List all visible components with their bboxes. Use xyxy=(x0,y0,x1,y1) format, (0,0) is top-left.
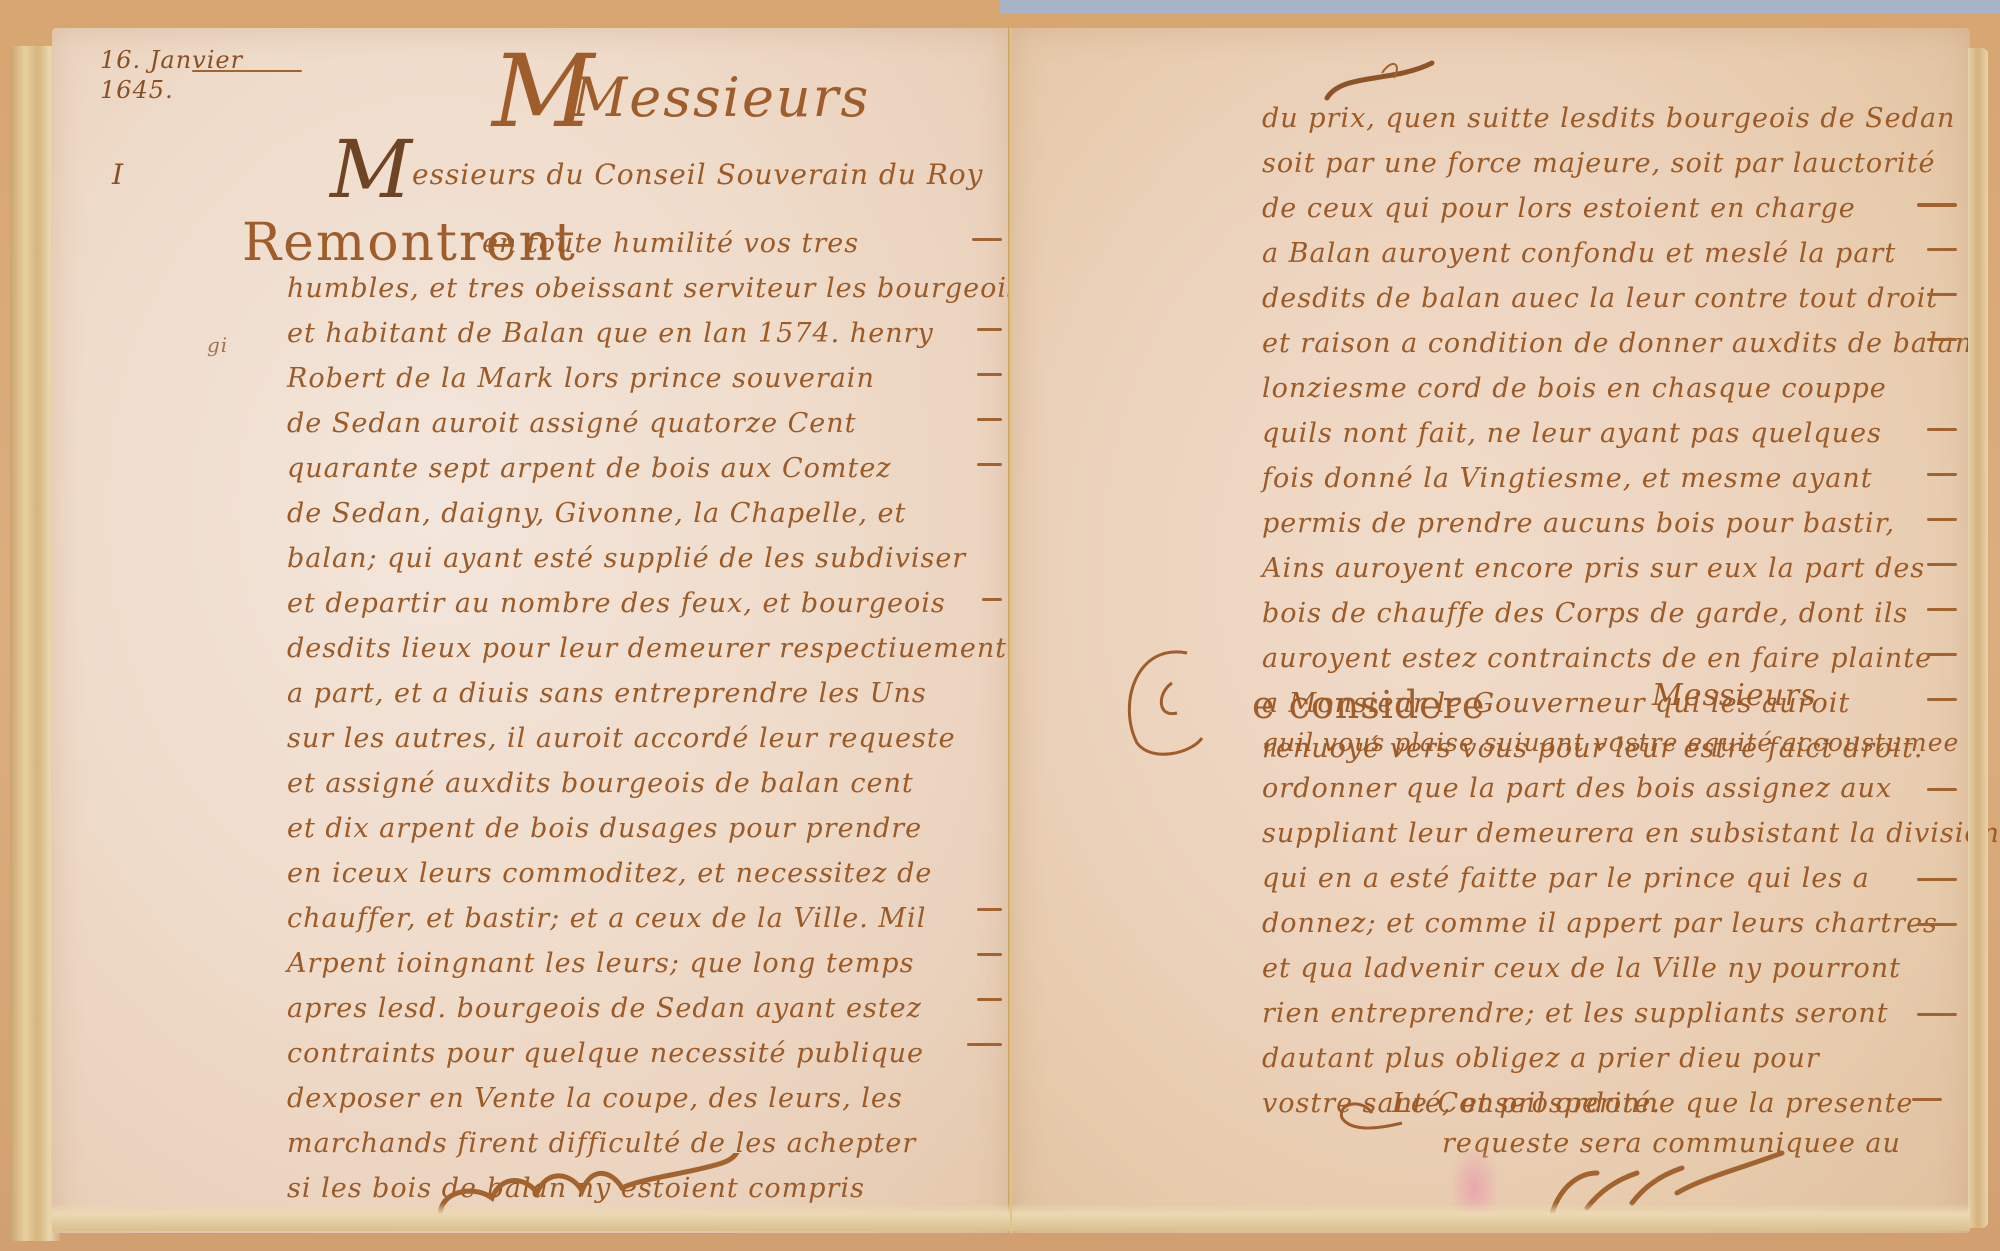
line-end-dash xyxy=(977,908,1002,911)
text-line: ordonner que la part des bois assignez a… xyxy=(1262,773,1892,804)
line-end-dash xyxy=(1927,293,1957,296)
text-line: quil vous plaise suiuant vostre equité a… xyxy=(1262,728,1959,757)
text-line: a Balan auroyent confondu et meslé la pa… xyxy=(1262,238,1896,269)
line-end-dash xyxy=(1927,338,1957,341)
line-end-dash xyxy=(977,373,1002,376)
conclusion-word: e considere xyxy=(1252,683,1485,727)
text-line: lonziesme cord de bois en chasque couppe xyxy=(1262,373,1887,404)
line-end-dash xyxy=(1927,518,1957,521)
line-end-dash xyxy=(977,998,1002,1001)
text-line: rien entreprendre; et les suppliants ser… xyxy=(1262,998,1889,1029)
text-line: desdits de balan auec la leur contre tou… xyxy=(1262,283,1938,314)
right-page: du prix, quen suitte lesdits bourgeois d… xyxy=(1012,28,1970,1233)
bottom-fold-left xyxy=(52,1203,1010,1231)
line-end-dash xyxy=(977,953,1002,956)
line-end-dash xyxy=(1927,653,1957,656)
line-end-dash xyxy=(972,238,1002,241)
line-end-dash xyxy=(977,328,1002,331)
margin-date-underline xyxy=(192,70,302,72)
text-line: et departir au nombre des feux, et bourg… xyxy=(287,588,946,619)
margin-date-year: 1645. xyxy=(100,76,174,104)
text-line: et habitant de Balan que en lan 1574. he… xyxy=(287,318,934,349)
text-line: chauffer, et bastir; et a ceux de la Vil… xyxy=(287,903,926,934)
manuscript-spread: 16. Janvier 1645. I gi M Messieurs M ess… xyxy=(10,18,1985,1246)
text-line: et assigné auxdits bourgeois de balan ce… xyxy=(287,768,914,799)
line-end-dash xyxy=(1917,1013,1957,1016)
text-line: et raison a condition de donner auxdits … xyxy=(1262,328,1973,359)
text-line: de Sedan auroit assigné quatorze Cent xyxy=(287,408,857,439)
text-line: en iceux leurs commoditez, et necessitez… xyxy=(287,858,932,889)
line-end-dash xyxy=(977,463,1002,466)
text-line: sur les autres, il auroit accordé leur r… xyxy=(287,723,956,754)
line-end-dash xyxy=(1912,1098,1942,1101)
text-line: a part, et a diuis sans entreprendre les… xyxy=(287,678,927,709)
text-line: suppliant leur demeurera en subsistant l… xyxy=(1262,818,2000,849)
text-line: permis de prendre aucuns bois pour basti… xyxy=(1262,508,1895,539)
line-end-dash xyxy=(1927,563,1957,566)
line-end-dash xyxy=(1927,608,1957,611)
decree-line: Le Conseil ordonne que la presente xyxy=(1392,1088,1913,1119)
text-line: qui en a esté faitte par le prince qui l… xyxy=(1262,863,1870,894)
scanner-edge xyxy=(1000,0,2000,14)
text-line: et dix arpent de bois dusages pour prend… xyxy=(287,813,922,844)
text-line: dautant plus obligez a prier dieu pour xyxy=(1262,1043,1820,1074)
bottom-fold-right xyxy=(1012,1203,1970,1231)
line-end-dash xyxy=(977,418,1002,421)
text-line: fois donné la Vingtiesme, et mesme ayant xyxy=(1262,463,1873,494)
line-end-dash xyxy=(1927,788,1957,791)
margin-mark-1: I xyxy=(112,158,124,191)
page-edges-right xyxy=(1968,48,1988,1228)
text-line: humbles, et tres obeissant serviteur les… xyxy=(287,273,1022,304)
line-end-dash xyxy=(967,1043,1002,1046)
line-end-dash xyxy=(1927,698,1957,701)
text-line: donnez; et comme il appert par leurs cha… xyxy=(1262,908,1938,939)
text-line: Robert de la Mark lors prince souverain xyxy=(287,363,875,394)
text-line: soit par une force majeure, soit par lau… xyxy=(1262,148,1935,179)
text-line: de Sedan, daigny, Givonne, la Chapelle, … xyxy=(287,498,906,529)
text-line: en toute humilité vos tres xyxy=(482,228,859,259)
text-line: dexposer en Vente la coupe, des leurs, l… xyxy=(287,1083,903,1114)
line-end-dash xyxy=(1927,473,1957,476)
line-end-dash xyxy=(1917,203,1957,207)
salutation: Messieurs xyxy=(572,66,870,129)
line-end-dash xyxy=(1917,878,1957,881)
line-end-dash xyxy=(1917,923,1957,926)
text-line: et qua ladvenir ceux de la Ville ny pour… xyxy=(1262,953,1901,984)
text-line: bois de chauffe des Corps de garde, dont… xyxy=(1262,598,1908,629)
text-line: quils nont fait, ne leur ayant pas quelq… xyxy=(1262,418,1882,449)
text-line: contraints pour quelque necessité publiq… xyxy=(287,1038,924,1069)
margin-mark-2: gi xyxy=(207,333,228,357)
text-line: apres lesd. bourgeois de Sedan ayant est… xyxy=(287,993,922,1024)
line-end-dash xyxy=(1927,248,1957,251)
text-line: balan; qui ayant esté supplié de les sub… xyxy=(287,543,966,574)
line-end-dash xyxy=(982,598,1002,601)
text-line: de ceux qui pour lors estoient en charge xyxy=(1262,193,1856,224)
address-line: essieurs du Conseil Souverain du Roy xyxy=(412,158,984,191)
text-line: Ains auroyent encore pris sur eux la par… xyxy=(1262,553,1925,584)
text-line: desdits lieux pour leur demeurer respect… xyxy=(287,633,1007,664)
line-end-dash xyxy=(1927,428,1957,431)
left-page: 16. Janvier 1645. I gi M Messieurs M ess… xyxy=(52,28,1010,1233)
text-line: du prix, quen suitte lesdits bourgeois d… xyxy=(1262,103,1955,134)
address-initial: M xyxy=(330,123,414,216)
text-line: quarante sept arpent de bois aux Comtez xyxy=(287,453,892,484)
text-line: auroyent estez contraincts de en faire p… xyxy=(1262,643,1932,674)
conclusion-address: Messieurs xyxy=(1652,678,1817,713)
text-line: Arpent ioingnant les leurs; que long tem… xyxy=(287,948,914,979)
